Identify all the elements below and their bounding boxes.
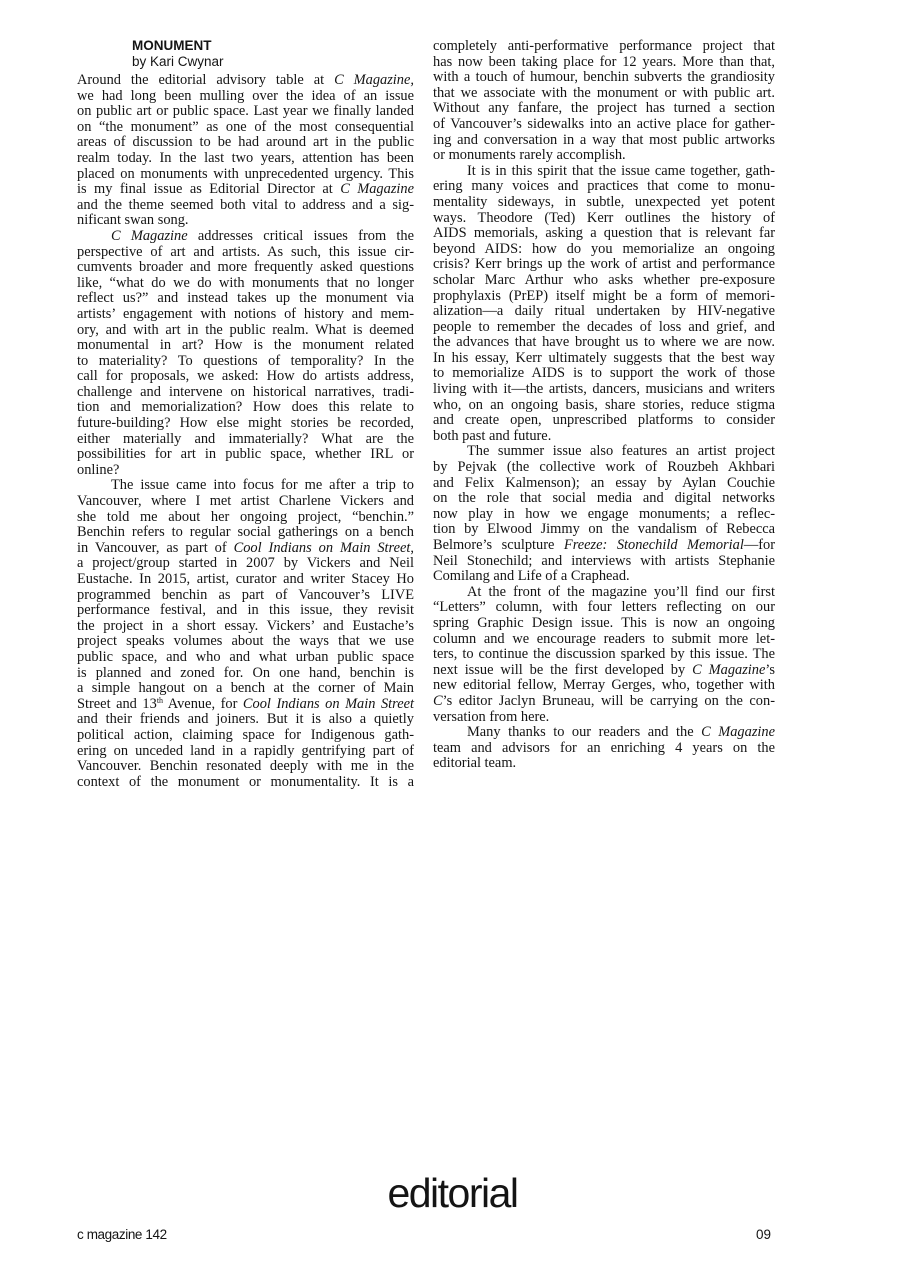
text-line: is my final issue as Editorial Director … (77, 182, 414, 198)
text-line: team and advisors for an enriching 4 yea… (433, 741, 775, 757)
text-line: of Vancouver’s sidewalks into an active … (433, 117, 775, 133)
text-line: living with it—the artists, dancers, mus… (433, 382, 775, 398)
text-line: either materially and immaterially? What… (77, 432, 414, 448)
text-line: both past and future. (433, 429, 775, 445)
text-line: The issue came into focus for me after a… (77, 478, 414, 494)
text-line: ters, to continue the discussion sparked… (433, 647, 775, 663)
text-line: who, on an ongoing basis, share stories,… (433, 398, 775, 414)
text-line: reflect us?” and instead takes up the mo… (77, 291, 414, 307)
text-line: challenge and intervene on historical na… (77, 385, 414, 401)
text-line: alization—a daily ritual undertaken by H… (433, 304, 775, 320)
text-line: is planned and zoned for. On one hand, b… (77, 666, 414, 682)
text-line: The summer issue also features an artist… (433, 444, 775, 460)
section-label: editorial (0, 1170, 905, 1216)
text-line: ing and conversation in a way that most … (433, 133, 775, 149)
text-line: Neil Stonechild; and interviews with art… (433, 554, 775, 570)
text-line: on the role that social media and digita… (433, 491, 775, 507)
text-line: ways. Theodore (Ted) Kerr outlines the h… (433, 211, 775, 227)
text-line: Without any fanfare, the project has tur… (433, 101, 775, 117)
footer-publication: c magazine 142 (77, 1227, 167, 1242)
text-line: and Felix Kalmenson); an essay by Aylan … (433, 476, 775, 492)
text-line: new editorial fellow, Merray Gerges, who… (433, 678, 775, 694)
text-line: a project/group started in 2007 by Vicke… (77, 556, 414, 572)
text-line: by Pejvak (the collective work of Rouzbe… (433, 460, 775, 476)
text-line: areas of discussion to be had around art… (77, 135, 414, 151)
text-line: call for proposals, we asked: How do art… (77, 369, 414, 385)
text-line: Street and 13th Avenue, for Cool Indians… (77, 697, 414, 713)
text-line: Eustache. In 2015, artist, curator and w… (77, 572, 414, 588)
text-line: context of the monument or monumentality… (77, 775, 414, 791)
text-line: the advances that have brought us to whe… (433, 335, 775, 351)
text-line: perspective of art and artists. As such,… (77, 245, 414, 261)
text-line: on public art or public space. Last year… (77, 104, 414, 120)
text-line: we had long been mulling over the idea o… (77, 89, 414, 105)
text-line: that we associate with the monument or w… (433, 86, 775, 102)
text-line: to materiality? To questions of temporal… (77, 354, 414, 370)
text-line: AIDS memorials, asking a question that i… (433, 226, 775, 242)
text-line: the project in a short essay. Vickers’ a… (77, 619, 414, 635)
text-line: C’s editor Jaclyn Bruneau, will be carry… (433, 694, 775, 710)
text-line: and create open, unprescribed platforms … (433, 413, 775, 429)
text-line: ering on unceded land in a rapidly gentr… (77, 744, 414, 760)
text-line: or monuments rarely accomplish. (433, 148, 775, 164)
text-line: ory, and with art in the public realm. W… (77, 323, 414, 339)
text-line: monumental in art? How is the monument r… (77, 338, 414, 354)
text-line: tion and memorialization? How does this … (77, 400, 414, 416)
text-line: online? (77, 463, 414, 479)
text-line: project speaks volumes about the ways th… (77, 634, 414, 650)
text-line: Belmore’s sculpture Freeze: Stonechild M… (433, 538, 775, 554)
text-line: beyond AIDS: how do you memorialize an o… (433, 242, 775, 258)
text-line: artists’ engagement with notions of hist… (77, 307, 414, 323)
text-line: In his essay, Kerr ultimately suggests t… (433, 351, 775, 367)
text-line: scholar Marc Arthur who asks whether pre… (433, 273, 775, 289)
text-line: programmed benchin as part of Vancouver’… (77, 588, 414, 604)
text-line: crisis? Kerr brings up the work of artis… (433, 257, 775, 273)
text-line: next issue will be the first developed b… (433, 663, 775, 679)
text-line: versation from here. (433, 710, 775, 726)
text-line: placed on monuments with unprecedented u… (77, 167, 414, 183)
text-line: on “the monument” as one of the most con… (77, 120, 414, 136)
text-line: It is in this spirit that the issue came… (433, 164, 775, 180)
text-line: people to remember the decades of loss a… (433, 320, 775, 336)
text-line: Benchin refers to regular social gatheri… (77, 525, 414, 541)
text-line: with a touch of humour, benchin subverts… (433, 70, 775, 86)
article-heading: MONUMENT by Kari Cwynar (132, 38, 224, 69)
text-line: public space, and who and what urban pub… (77, 650, 414, 666)
text-line: to memorialize AIDS is to support the wo… (433, 366, 775, 382)
text-line: a simple hangout on a bench at the corne… (77, 681, 414, 697)
article-title: MONUMENT (132, 38, 224, 54)
footer-page-number: 09 (756, 1227, 771, 1242)
text-line: “Letters” column, with four letters refl… (433, 600, 775, 616)
text-line: Many thanks to our readers and the C Mag… (433, 725, 775, 741)
text-line: Vancouver. Benchin resonated deeply with… (77, 759, 414, 775)
text-line: now play in how we engage monuments; a r… (433, 507, 775, 523)
text-line: mentality sideways, in subtle, unexpecte… (433, 195, 775, 211)
text-line: realm today. In the last two years, atte… (77, 151, 414, 167)
text-line: nificant swan song. (77, 213, 414, 229)
left-text-column: Around the editorial advisory table at C… (77, 73, 414, 790)
text-line: Vancouver, where I met artist Charlene V… (77, 494, 414, 510)
text-line: tion by Elwood Jimmy on the vandalism of… (433, 522, 775, 538)
text-line: and the theme seemed both vital to addre… (77, 198, 414, 214)
text-line: in Vancouver, as part of Cool Indians on… (77, 541, 414, 557)
text-line: cumvents broader and more frequently ask… (77, 260, 414, 276)
text-line: has now been taking place for 12 years. … (433, 55, 775, 71)
text-line: spring Graphic Design issue. This is now… (433, 616, 775, 632)
text-line: At the front of the magazine you’ll find… (433, 585, 775, 601)
text-line: prophylaxis (PrEP) itself might be a for… (433, 289, 775, 305)
text-line: future-building? How else might stories … (77, 416, 414, 432)
text-line: possibilities for art in public space, w… (77, 447, 414, 463)
text-line: editorial team. (433, 756, 775, 772)
right-text-column: completely anti-performative performance… (433, 39, 775, 772)
text-line: Comilang and Life of a Craphead. (433, 569, 775, 585)
text-line: C Magazine addresses critical issues fro… (77, 229, 414, 245)
text-line: she told me about her ongoing project, “… (77, 510, 414, 526)
text-line: completely anti-performative performance… (433, 39, 775, 55)
text-line: ering many voices and practices that com… (433, 179, 775, 195)
text-line: Around the editorial advisory table at C… (77, 73, 414, 89)
text-line: and their friends and joiners. But it is… (77, 712, 414, 728)
text-line: column and we encourage readers to submi… (433, 632, 775, 648)
text-line: political action, claiming space for Ind… (77, 728, 414, 744)
article-byline: by Kari Cwynar (132, 54, 224, 70)
text-line: like, “what do we do with monuments that… (77, 276, 414, 292)
text-line: performance festival, and in this issue,… (77, 603, 414, 619)
